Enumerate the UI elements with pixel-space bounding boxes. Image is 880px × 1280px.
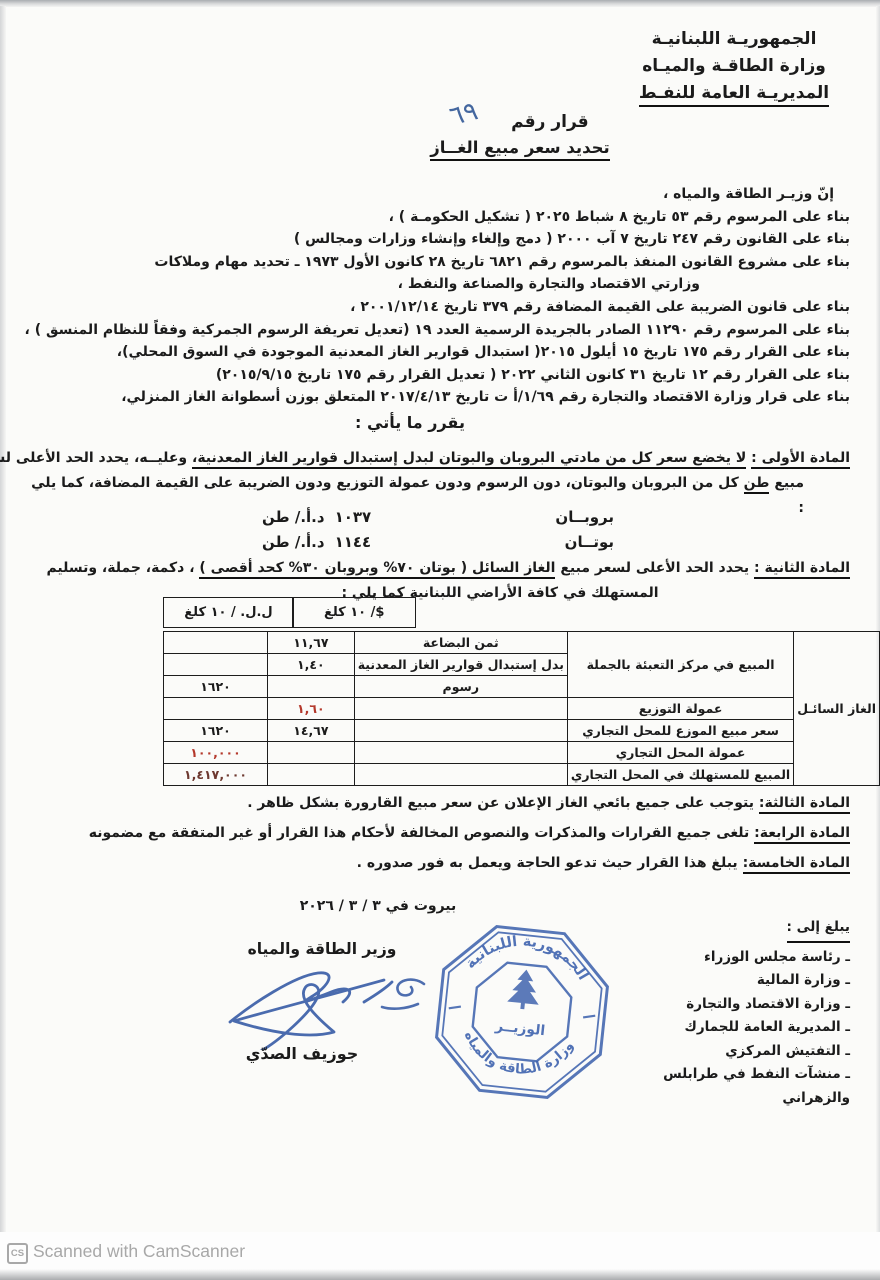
article-2-line-1: المادة الثانية : يحدد الحد الأعلى لسعر م… — [30, 556, 850, 581]
camscanner-text: Scanned with CamScanner — [33, 1241, 245, 1262]
preamble-line: بناء على مشروع القانون المنفذ بالمرسوم ر… — [30, 251, 850, 274]
decision-heading: يقرر ما يأتي : — [0, 413, 820, 432]
cell-sub-label — [354, 764, 567, 786]
preamble: إنّ وزيـر الطاقة والمياه ، بناء على المر… — [30, 183, 850, 409]
article-3: المادة الثالثة: يتوجب على جميع بائعي الغ… — [30, 791, 850, 816]
price-row-butane: بوتــان ١١٤٤ د.أ./ طن — [262, 529, 614, 554]
cell-label: المبيع للمستهلك في المحل التجاري — [567, 764, 793, 786]
scanned-document-page: الجمهوريـة اللبنانيـة وزارة الطاقـة والم… — [0, 0, 880, 1280]
cell-usd — [268, 742, 355, 764]
distribution-item: ـ وزارة الاقتصاد والتجارة — [605, 993, 850, 1017]
preamble-line: بناء على قانون الضريبة على القيمة المضاف… — [30, 296, 850, 319]
decree-subject: تحديد سعر مبيع الغــاز — [430, 138, 609, 161]
official-stamp: الجمهورية اللبنانية وزارة الطاقة والمياه… — [419, 909, 626, 1116]
decree-number-line: قرار رقم ٦٩ — [300, 104, 740, 134]
preamble-line: بناء على القانون رقم ٢٤٧ تاريخ ٧ آب ٢٠٠٠… — [30, 228, 850, 251]
letterhead-line-republic: الجمهوريـة اللبنانيـة — [616, 26, 852, 53]
decree-title-block: قرار رقم ٦٩ تحديد سعر مبيع الغــاز — [300, 104, 740, 161]
letterhead-line-directorate: المديريـة العامة للنفـط — [616, 80, 852, 107]
cell-usd — [268, 764, 355, 786]
distribution-item: ـ وزارة المالية — [605, 969, 850, 993]
article-3-text: يتوجب على جميع بائعي الغاز الإعلان عن سع… — [247, 795, 754, 811]
cedar-icon — [507, 968, 543, 1011]
distribution-list: يبلغ إلى : ـ رئاسة مجلس الوزراء ـ وزارة … — [605, 916, 850, 1110]
cell-group-label: المبيع في مركز التعبئة بالجملة — [567, 632, 793, 698]
table-row: عمولة التوزيع ١,٦٠ — [164, 698, 880, 720]
distribution-heading: يبلغ إلى : — [787, 916, 850, 943]
cell-sub-label: رسوم — [354, 676, 567, 698]
price-row-propane: بروبــان ١٠٣٧ د.أ./ طن — [262, 504, 614, 529]
price-value: ١١٤٤ — [335, 533, 372, 551]
preamble-line: بناء على القرار رقم ١٧٥ تاريخ ١٥ أيلول ٢… — [30, 341, 850, 364]
price-amount: ١٠٣٧ د.أ./ طن — [262, 508, 371, 526]
article-5-text: يبلغ هذا القرار حيث تدعو الحاجة ويعمل به… — [357, 855, 738, 871]
cell-label: سعر مبيع الموزع للمحل التجاري — [567, 720, 793, 742]
price-name: بوتــان — [565, 533, 614, 551]
cell-sub-label: بدل إستبدال قوارير الغاز المعدنية — [354, 654, 567, 676]
decree-subject-line: تحديد سعر مبيع الغــاز — [300, 134, 740, 161]
minister-signature — [214, 958, 404, 1050]
preamble-line: بناء على القرار رقم ١٢ تاريخ ٣١ كانون ال… — [30, 364, 850, 387]
preamble-line: بناء على المرسوم رقم ٥٣ تاريخ ٨ شباط ٢٠٢… — [30, 206, 850, 229]
table-row: المبيع للمستهلك في المحل التجاري ١,٤١٧,٠… — [164, 764, 880, 786]
preamble-line: بناء على المرسوم رقم ١١٢٩٠ الصادر بالجري… — [30, 319, 850, 342]
minister-name: جوزيف الصدّي — [222, 1044, 382, 1063]
cell-lbp — [164, 632, 268, 654]
article-1-rest: وعليــه، يحدد الحد الأعلى لسعر — [0, 450, 187, 466]
article-4-label: المادة الرابعة: — [754, 825, 850, 844]
article-2-label: المادة الثانية : — [754, 560, 850, 579]
decree-label: قرار رقم — [511, 112, 589, 132]
letterhead-line-ministry: وزارة الطاقـة والميـاه — [616, 53, 852, 80]
price-unit: د.أ./ طن — [262, 533, 325, 551]
preamble-line: بناء على قرار وزارة الاقتصاد والتجارة رق… — [30, 386, 850, 409]
cell-usd: ١,٤٠ — [268, 654, 355, 676]
cell-usd: ١٤,٦٧ — [268, 720, 355, 742]
article-2-pre: يحدد الحد الأعلى لسعر مبيع — [560, 560, 749, 576]
cell-sub-label: ثمن البضاعة — [354, 632, 567, 654]
gas-side-label: الغاز السائـل — [794, 632, 880, 786]
distribution-item: ـ التفتيش المركزي — [605, 1040, 850, 1064]
cell-label: عمولة التوزيع — [567, 698, 793, 720]
cell-sub-label — [354, 698, 567, 720]
scan-top-edge — [0, 0, 880, 7]
article-1-underlined: لا يخضع سعر كل من مادتي البروبان والبوتا… — [192, 450, 746, 469]
price-value: ١٠٣٧ — [335, 508, 372, 526]
preamble-line: إنّ وزيـر الطاقة والمياه ، — [30, 183, 850, 206]
distribution-item: ـ رئاسة مجلس الوزراء — [605, 946, 850, 970]
scan-left-edge — [0, 6, 6, 1232]
distribution-item: ـ المديرية العامة للجمارك — [605, 1016, 850, 1040]
table-row: الغاز السائـل المبيع في مركز التعبئة بال… — [164, 632, 880, 654]
minister-title: وزير الطاقة والمياه — [232, 940, 412, 958]
article-1-line2-pre: مبيع — [774, 475, 804, 491]
header-lbp-cell: ل.ل. / ١٠ كلغ — [163, 597, 294, 628]
cell-usd: ١,٦٠ — [268, 698, 355, 720]
footer-bottom-shadow — [0, 1269, 880, 1280]
cell-lbp: ١٠٠,٠٠٠ — [164, 742, 268, 764]
letterhead: الجمهوريـة اللبنانيـة وزارة الطاقـة والم… — [616, 26, 852, 107]
camscanner-badge-icon: CS — [7, 1243, 28, 1264]
price-table: الغاز السائـل المبيع في مركز التعبئة بال… — [163, 631, 880, 786]
article-1-label: المادة الأولى : — [751, 450, 850, 469]
cell-lbp: ١,٤١٧,٠٠٠ — [164, 764, 268, 786]
price-list: بروبــان ١٠٣٧ د.أ./ طن بوتــان ١١٤٤ د.أ.… — [262, 504, 614, 554]
cell-lbp: ١٦٢٠ — [164, 676, 268, 698]
article-1-ton: طن — [744, 475, 770, 494]
price-amount: ١١٤٤ د.أ./ طن — [262, 533, 371, 551]
table-row: عمولة المحل التجاري ١٠٠,٠٠٠ — [164, 742, 880, 764]
article-5-label: المادة الخامسة: — [743, 855, 850, 874]
cell-lbp — [164, 698, 268, 720]
decree-number-handwritten: ٦٩ — [447, 96, 481, 132]
table-unit-header-row: ل.ل. / ١٠ كلغ $/ ١٠ كلغ — [163, 597, 880, 628]
price-unit: د.أ./ طن — [262, 508, 325, 526]
cell-lbp — [164, 654, 268, 676]
stamp-center-text: الوزيــر — [494, 1018, 546, 1039]
distribution-item: ـ منشآت النفط في طرابلس والزهراني — [605, 1063, 850, 1110]
gas-price-table: ل.ل. / ١٠ كلغ $/ ١٠ كلغ الغاز السائـل ال… — [163, 597, 880, 786]
article-5: المادة الخامسة: يبلغ هذا القرار حيث تدعو… — [30, 851, 850, 876]
article-3-label: المادة الثالثة: — [759, 795, 850, 814]
cell-usd — [268, 676, 355, 698]
preamble-line: وزارتي الاقتصاد والتجارة والصناعة والنفط… — [30, 273, 850, 296]
cell-usd: ١١,٦٧ — [268, 632, 355, 654]
cell-sub-label — [354, 742, 567, 764]
stamp-left-dash — [449, 1005, 461, 1009]
article-1-line-1: المادة الأولى : لا يخضع سعر كل من مادتي … — [30, 446, 850, 471]
article-2-post: ، دكمة، جملة، وتسليم — [46, 560, 194, 576]
article-4: المادة الرابعة: تلغى جميع القرارات والمذ… — [30, 821, 850, 846]
cell-label: عمولة المحل التجاري — [567, 742, 793, 764]
pen-mark — [380, 972, 432, 1020]
article-4-text: تلغى جميع القرارات والمذكرات والنصوص الم… — [89, 825, 750, 841]
cell-sub-label — [354, 720, 567, 742]
table-row: سعر مبيع الموزع للمحل التجاري ١٤,٦٧ ١٦٢٠ — [164, 720, 880, 742]
price-name: بروبــان — [555, 508, 614, 526]
header-usd-cell: $/ ١٠ كلغ — [292, 597, 416, 628]
article-2-underlined: الغاز السائل ( بوتان ٧٠% وبروبان ٣٠% كحد… — [199, 560, 555, 579]
cell-lbp: ١٦٢٠ — [164, 720, 268, 742]
stamp-right-dash — [583, 1014, 595, 1018]
